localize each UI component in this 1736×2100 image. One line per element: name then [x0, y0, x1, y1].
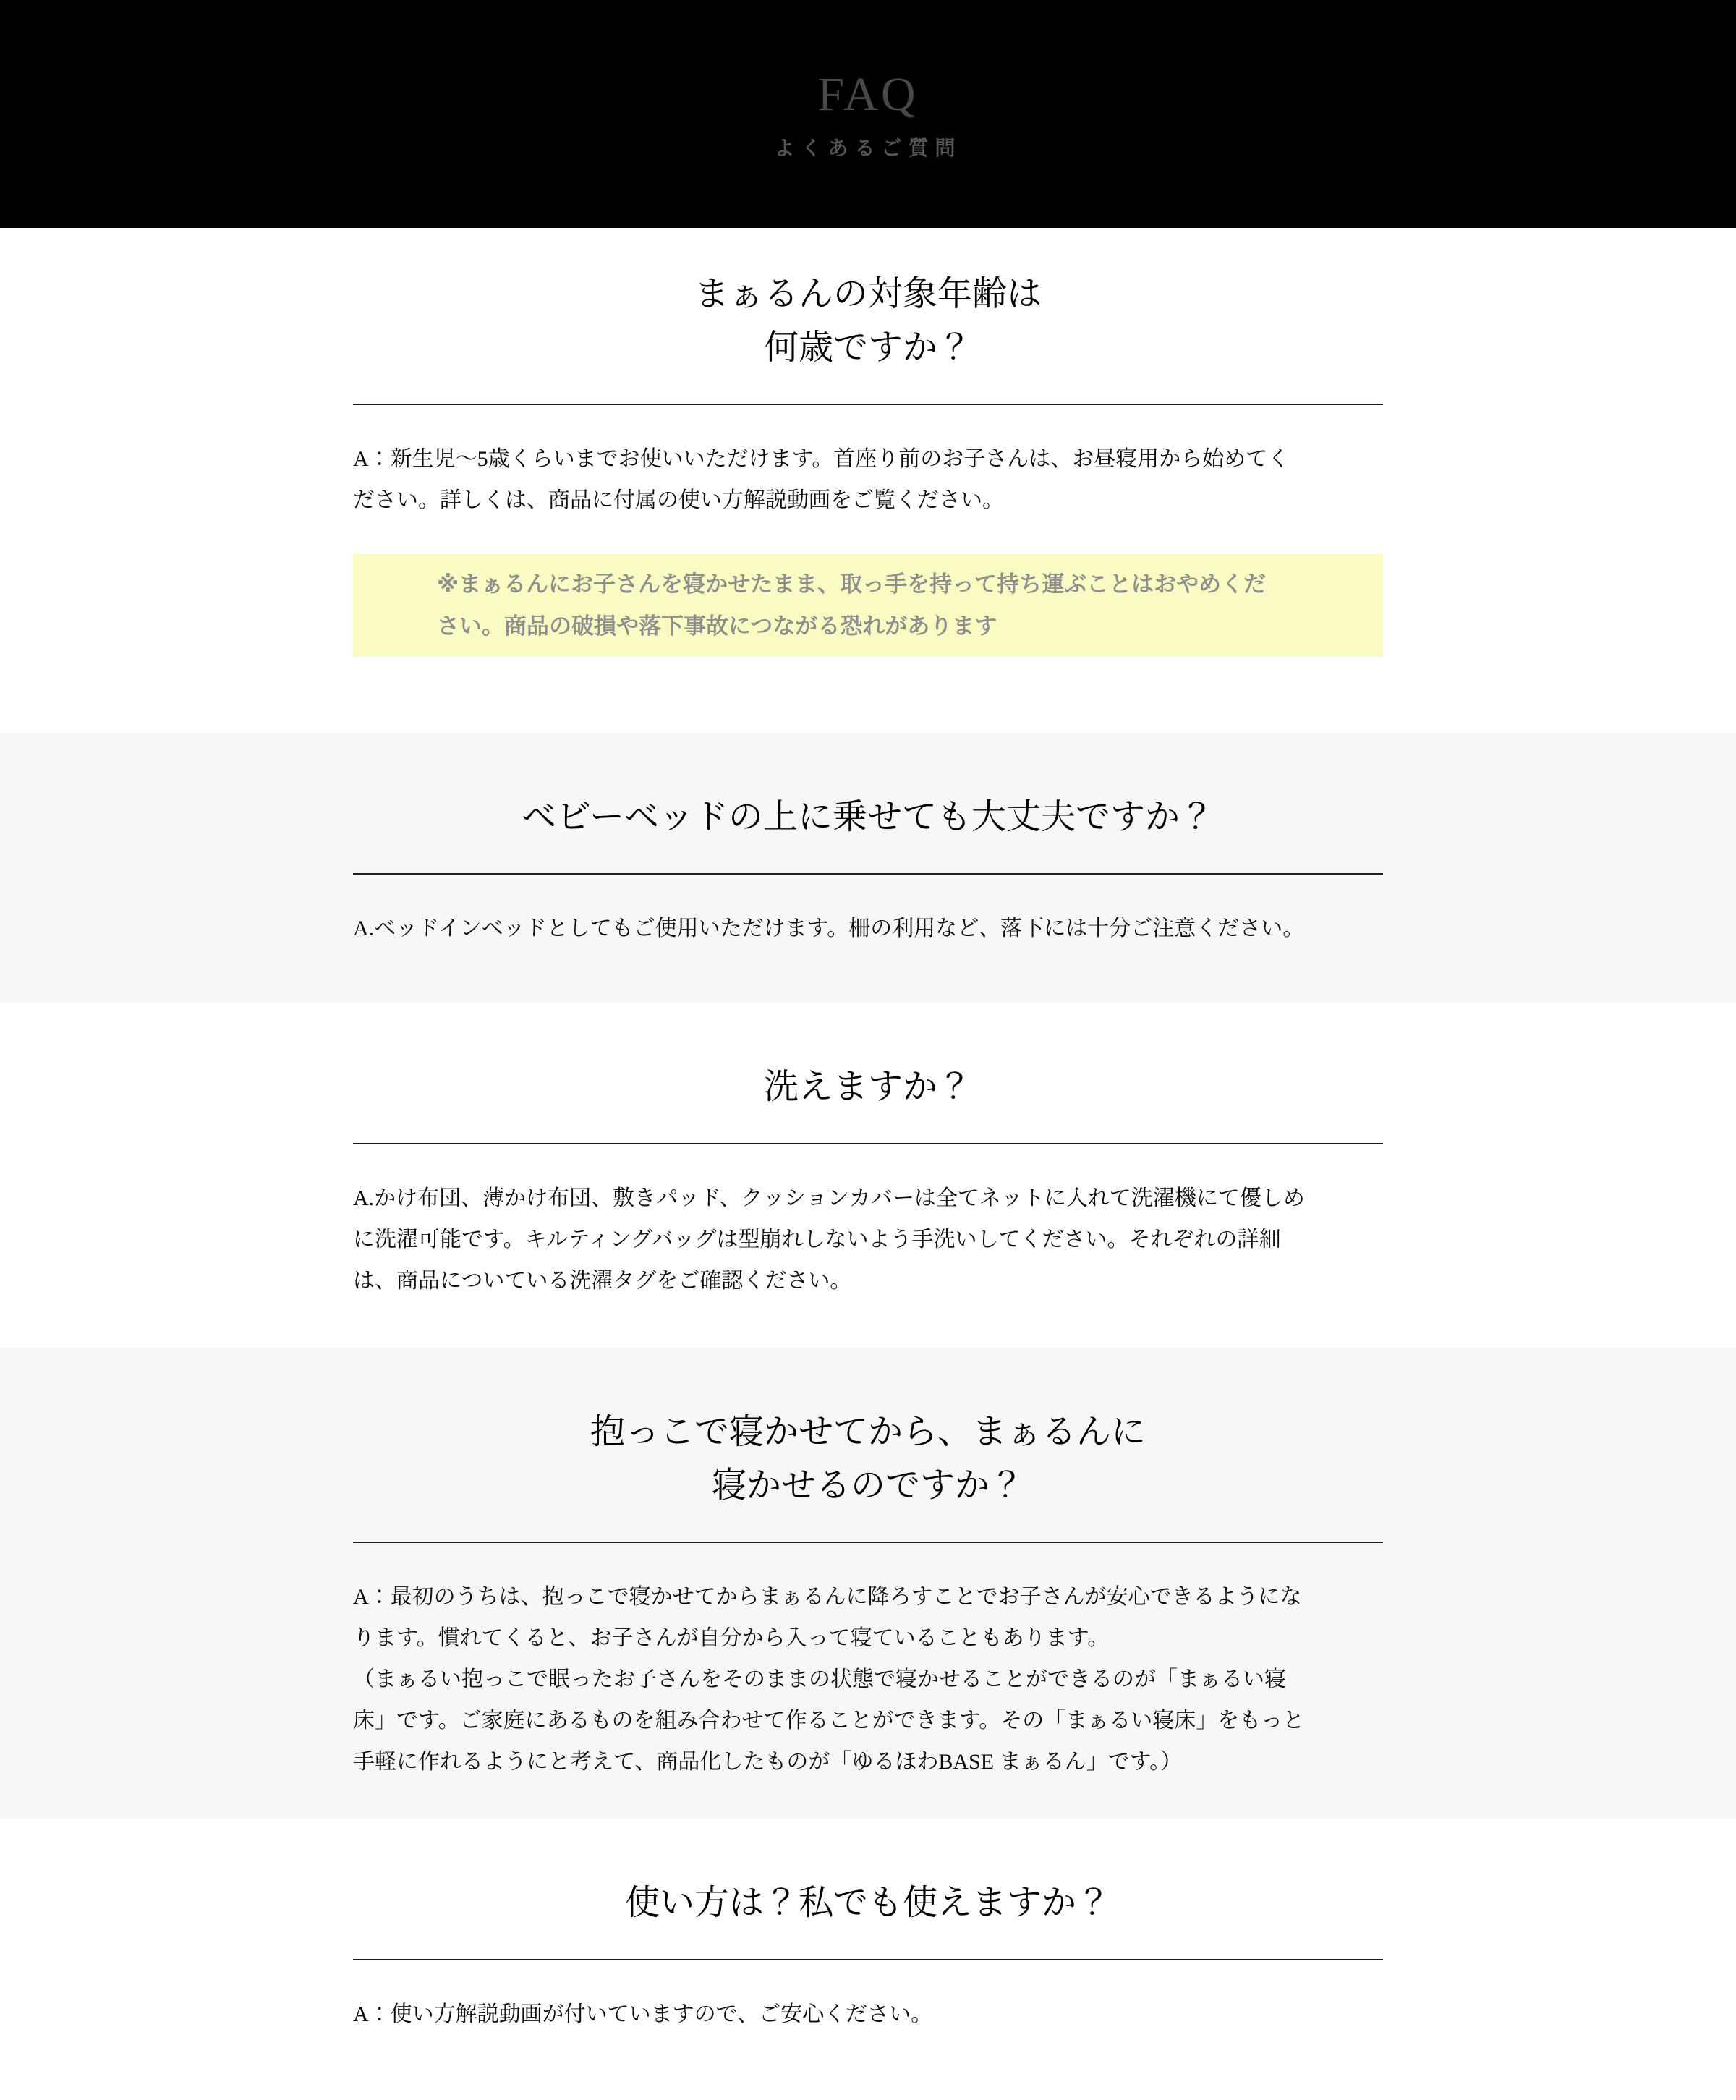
divider	[353, 404, 1383, 405]
page-subtitle: よくあるご質問	[774, 132, 961, 161]
faq-section-crib: ベビーベッドの上に乗せても大丈夫ですか？ A.ベッドインベッドとしてもご使用いた…	[0, 733, 1736, 1003]
section-content: ベビーベッドの上に乗せても大丈夫ですか？ A.ベッドインベッドとしてもご使用いた…	[353, 791, 1383, 949]
section-content: 洗えますか？ A.かけ布団、薄かけ布団、敷きパッド、クッションカバーは全てネット…	[353, 1060, 1383, 1301]
page-title: FAQ	[817, 67, 918, 122]
divider	[353, 1143, 1383, 1144]
faq-section-washing: 洗えますか？ A.かけ布団、薄かけ布団、敷きパッド、クッションカバーは全てネット…	[0, 1003, 1736, 1348]
question-heading: 洗えますか？	[353, 1060, 1383, 1114]
warning-note-text: ※まぁるんにお子さんを寝かせたまま、取っ手を持って持ち運ぶことはおやめくだ さい…	[437, 564, 1343, 647]
answer-text: A：使い方解説動画が付いていますので、ご安心ください。	[353, 1994, 1383, 2035]
question-heading: 抱っこで寝かせてから、まぁるんに 寝かせるのですか？	[353, 1406, 1383, 1513]
answer-text: A.かけ布団、薄かけ布団、敷きパッド、クッションカバーは全てネットに入れて洗濯機…	[353, 1178, 1383, 1301]
warning-note-box: ※まぁるんにお子さんを寝かせたまま、取っ手を持って持ち運ぶことはおやめくだ さい…	[353, 554, 1383, 657]
page-header: FAQ よくあるご質問	[0, 0, 1736, 228]
divider	[353, 1542, 1383, 1543]
divider	[353, 1959, 1383, 1960]
divider	[353, 873, 1383, 875]
answer-text: A：新生児～5歳くらいまでお使いいただけます。首座り前のお子さんは、お昼寝用から…	[353, 438, 1383, 521]
faq-page: FAQ よくあるご質問 まぁるんの対象年齢は 何歳ですか？ A：新生児～5歳くら…	[0, 0, 1736, 2100]
answer-text: A：最初のうちは、抱っこで寝かせてからまぁるんに降ろすことでお子さんが安心できる…	[353, 1576, 1383, 1782]
faq-section-how-to-use: 使い方は？私でも使えますか？ A：使い方解説動画が付いていますので、ご安心くださ…	[0, 1819, 1736, 2100]
section-content: 使い方は？私でも使えますか？ A：使い方解説動画が付いていますので、ご安心くださ…	[353, 1876, 1383, 2035]
faq-section-age: まぁるんの対象年齢は 何歳ですか？ A：新生児～5歳くらいまでお使いいただけます…	[0, 228, 1736, 733]
section-content: まぁるんの対象年齢は 何歳ですか？ A：新生児～5歳くらいまでお使いいただけます…	[353, 268, 1383, 657]
question-heading: ベビーベッドの上に乗せても大丈夫ですか？	[353, 791, 1383, 844]
question-heading: 使い方は？私でも使えますか？	[353, 1876, 1383, 1930]
answer-text: A.ベッドインベッドとしてもご使用いただけます。柵の利用など、落下には十分ご注意…	[353, 908, 1383, 949]
section-content: 抱っこで寝かせてから、まぁるんに 寝かせるのですか？ A：最初のうちは、抱っこで…	[353, 1406, 1383, 1782]
question-heading: まぁるんの対象年齢は 何歳ですか？	[353, 268, 1383, 375]
faq-section-laying-down: 抱っこで寝かせてから、まぁるんに 寝かせるのですか？ A：最初のうちは、抱っこで…	[0, 1348, 1736, 1819]
